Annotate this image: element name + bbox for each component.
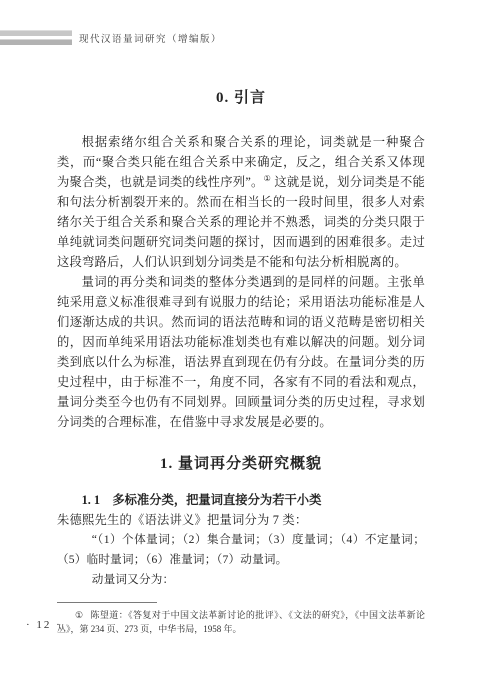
intro-heading: 0. 引言 — [57, 88, 425, 108]
subsection-1-1-heading: 1. 1 多标准分类，把量词直接分为若干小类 — [57, 490, 425, 510]
page-content: 0. 引言 根据索绪尔组合关系和聚合关系的理论，词类就是一种聚合类，而“聚合类只… — [57, 88, 425, 636]
footnote: ①陈望道：《答复对于中国文法革新讨论的批评》、《文法的研究》，《中国文法革新论丛… — [57, 608, 425, 636]
running-title: 现代汉语量词研究（增编版） — [79, 31, 222, 45]
zhu-dexi-intro-line: 朱德熙先生的《语法讲义》把量词分为 7 类： — [57, 510, 425, 530]
intro-paragraph-1: 根据索绪尔组合关系和聚合关系的理论，词类就是一种聚合类，而“聚合类只能在组合关系… — [57, 132, 425, 272]
footnote-text: 陈望道：《答复对于中国文法革新讨论的批评》、《文法的研究》，《中国文法革新论丛》… — [57, 610, 425, 634]
footnote-marker: ① — [75, 610, 83, 620]
intro-paragraph-2: 量词的再分类和词类的整体分类遇到的是同样的问题。主张单纯采用意义标准很难寻到有说… — [57, 272, 425, 432]
page-header: 现代汉语量词研究（增编版） — [0, 30, 222, 45]
footnote-reference-mark: ① — [264, 174, 271, 183]
header-bar-bottom — [0, 39, 72, 45]
footnote-separator-rule — [57, 602, 157, 603]
header-bar-top — [0, 30, 72, 36]
classifier-types-quote: “（1）个体量词；（2）集合量词；（3）度量词；（4）不定量词；（5）临时量词；… — [57, 530, 425, 570]
book-page: 现代汉语量词研究（增编版） 0. 引言 根据索绪尔组合关系和聚合关系的理论，词类… — [0, 0, 482, 680]
header-decoration-bars — [0, 30, 72, 45]
page-number: · 12 · — [26, 619, 62, 631]
paragraph-1-text-after-ref: 这就是说，划分词类是不能和句法分析割裂开来的。然而在相当长的一段时间里，很多人对… — [57, 175, 425, 269]
verb-classifier-line: 动量词又分为： — [57, 570, 425, 590]
section-1-heading: 1. 量词再分类研究概貌 — [57, 454, 425, 474]
